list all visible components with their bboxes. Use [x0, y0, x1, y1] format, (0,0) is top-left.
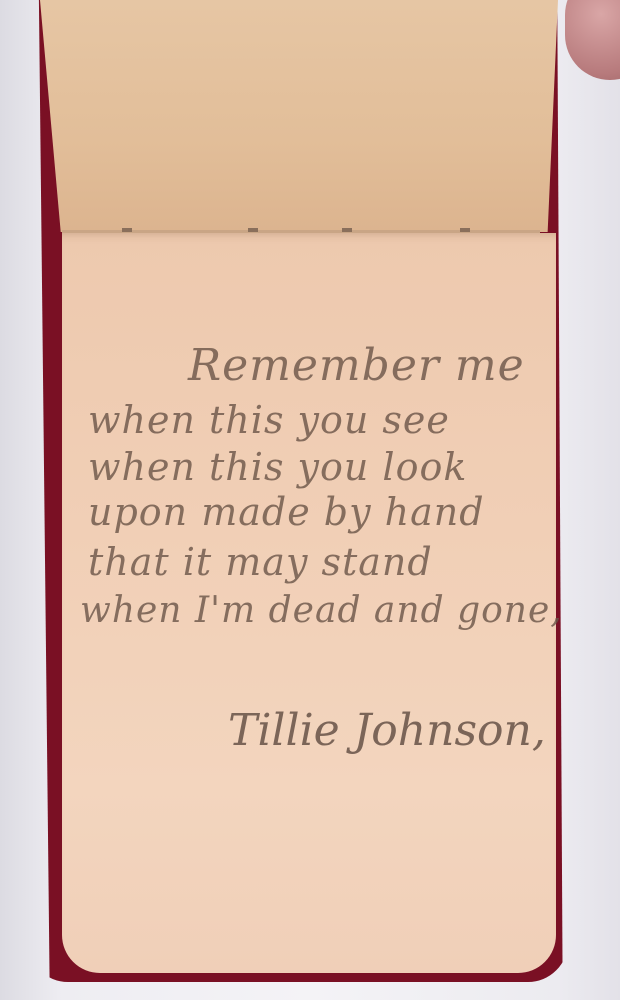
top-page: [40, 0, 558, 232]
binding-stitch: [248, 228, 258, 232]
inscription-line: that it may stand: [88, 540, 433, 584]
inscription-line: when this you see: [88, 398, 450, 442]
signature: Tillie Johnson,: [228, 705, 546, 756]
inscription-line: when I'm dead and gone,: [80, 590, 563, 631]
binding-stitch: [460, 228, 470, 232]
binding-stitch: [342, 228, 352, 232]
finger: [565, 0, 620, 80]
inscription-line: upon made by hand: [88, 490, 485, 534]
inscription-line: when this you look: [88, 445, 467, 489]
inscription-line: Remember me: [188, 340, 525, 391]
binding-stitch: [122, 228, 132, 232]
